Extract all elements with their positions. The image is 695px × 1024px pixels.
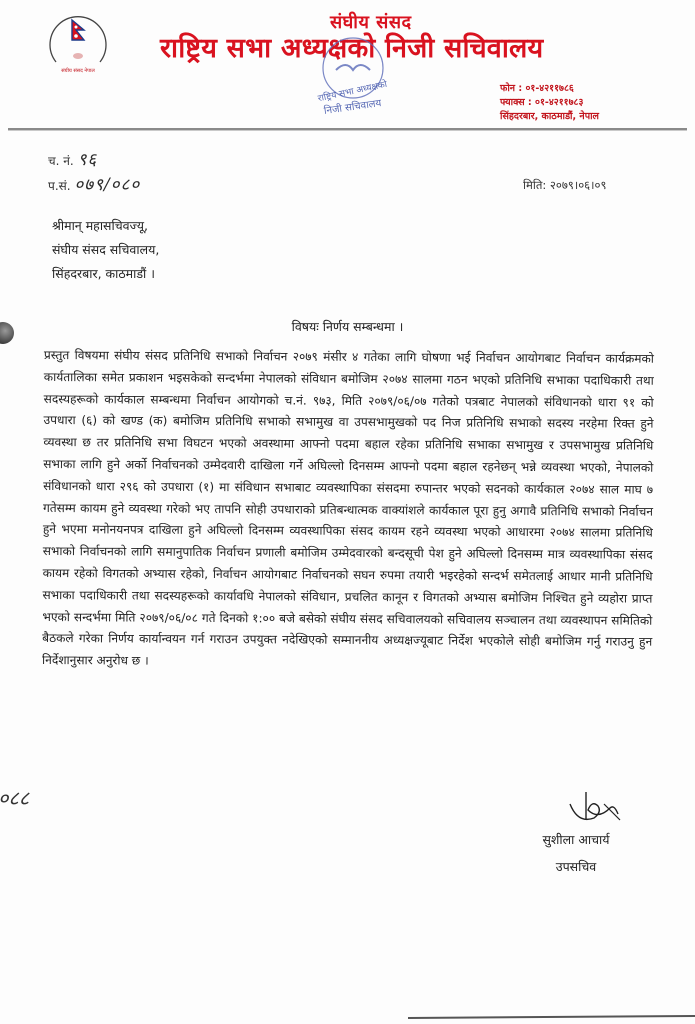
parliament-logo-icon: संघीय संसद नेपाल (48, 4, 108, 76)
letter-number-label: प.सं. (48, 179, 71, 193)
office-address: सिंहदरबार, काठमाडौं, नेपाल (500, 110, 599, 124)
office-stamp-icon: निजी सचिवालय राष्ट्रिय सभा अध्यक्षको (298, 30, 408, 125)
page-edge-line (408, 1015, 695, 1019)
dispatch-number-label: च. नं. (48, 154, 74, 168)
letter-number: प.सं. ०७९/०८० (48, 172, 140, 195)
dispatch-number-value: ९६ (78, 150, 98, 170)
signatory-name: सुशीला आचार्य (526, 826, 626, 853)
date-label: मिति: (523, 178, 546, 192)
svg-text:संघीय संसद नेपाल: संघीय संसद नेपाल (61, 67, 95, 74)
addressee-block: श्रीमान् महासचिवज्यू, संघीय संसद सचिवालय… (52, 214, 159, 286)
letter-number-value: ०७९/०८० (74, 175, 140, 195)
letterhead-divider (8, 128, 687, 131)
signature-icon (558, 790, 628, 830)
addressee-line: श्रीमान् महासचिवज्यू, (52, 214, 159, 238)
letter-body: प्रस्तुत विषयमा संघीय संसद प्रतिनिधि सभा… (42, 345, 654, 676)
phone-number: फोन : ०१-४२११७८६ (500, 82, 599, 96)
letter-page: संघीय संसद नेपाल संघीय संसद राष्ट्रिय सभ… (0, 0, 695, 1024)
addressee-line: संघीय संसद सचिवालय, (52, 238, 159, 262)
signatory-block: सुशीला आचार्य उपसचिव (526, 826, 626, 880)
dispatch-number: च. नं. ९६ (48, 147, 97, 170)
letter-date: मिति: २०७९।०६।०९ (523, 178, 606, 193)
letter-subject: विषयः निर्णय सम्बन्धमा । (0, 318, 695, 335)
fax-number: फ्याक्स : ०१-४२११७८३ (500, 96, 599, 110)
handwritten-margin-note: ०८८ (0, 784, 29, 811)
date-value: २०७९।०६।०९ (550, 178, 607, 192)
signatory-designation: उपसचिव (526, 853, 626, 880)
addressee-line: सिंहदरबार, काठमाडौं । (52, 262, 159, 286)
contact-info: फोन : ०१-४२११७८६ फ्याक्स : ०१-४२११७८३ सि… (500, 82, 599, 124)
